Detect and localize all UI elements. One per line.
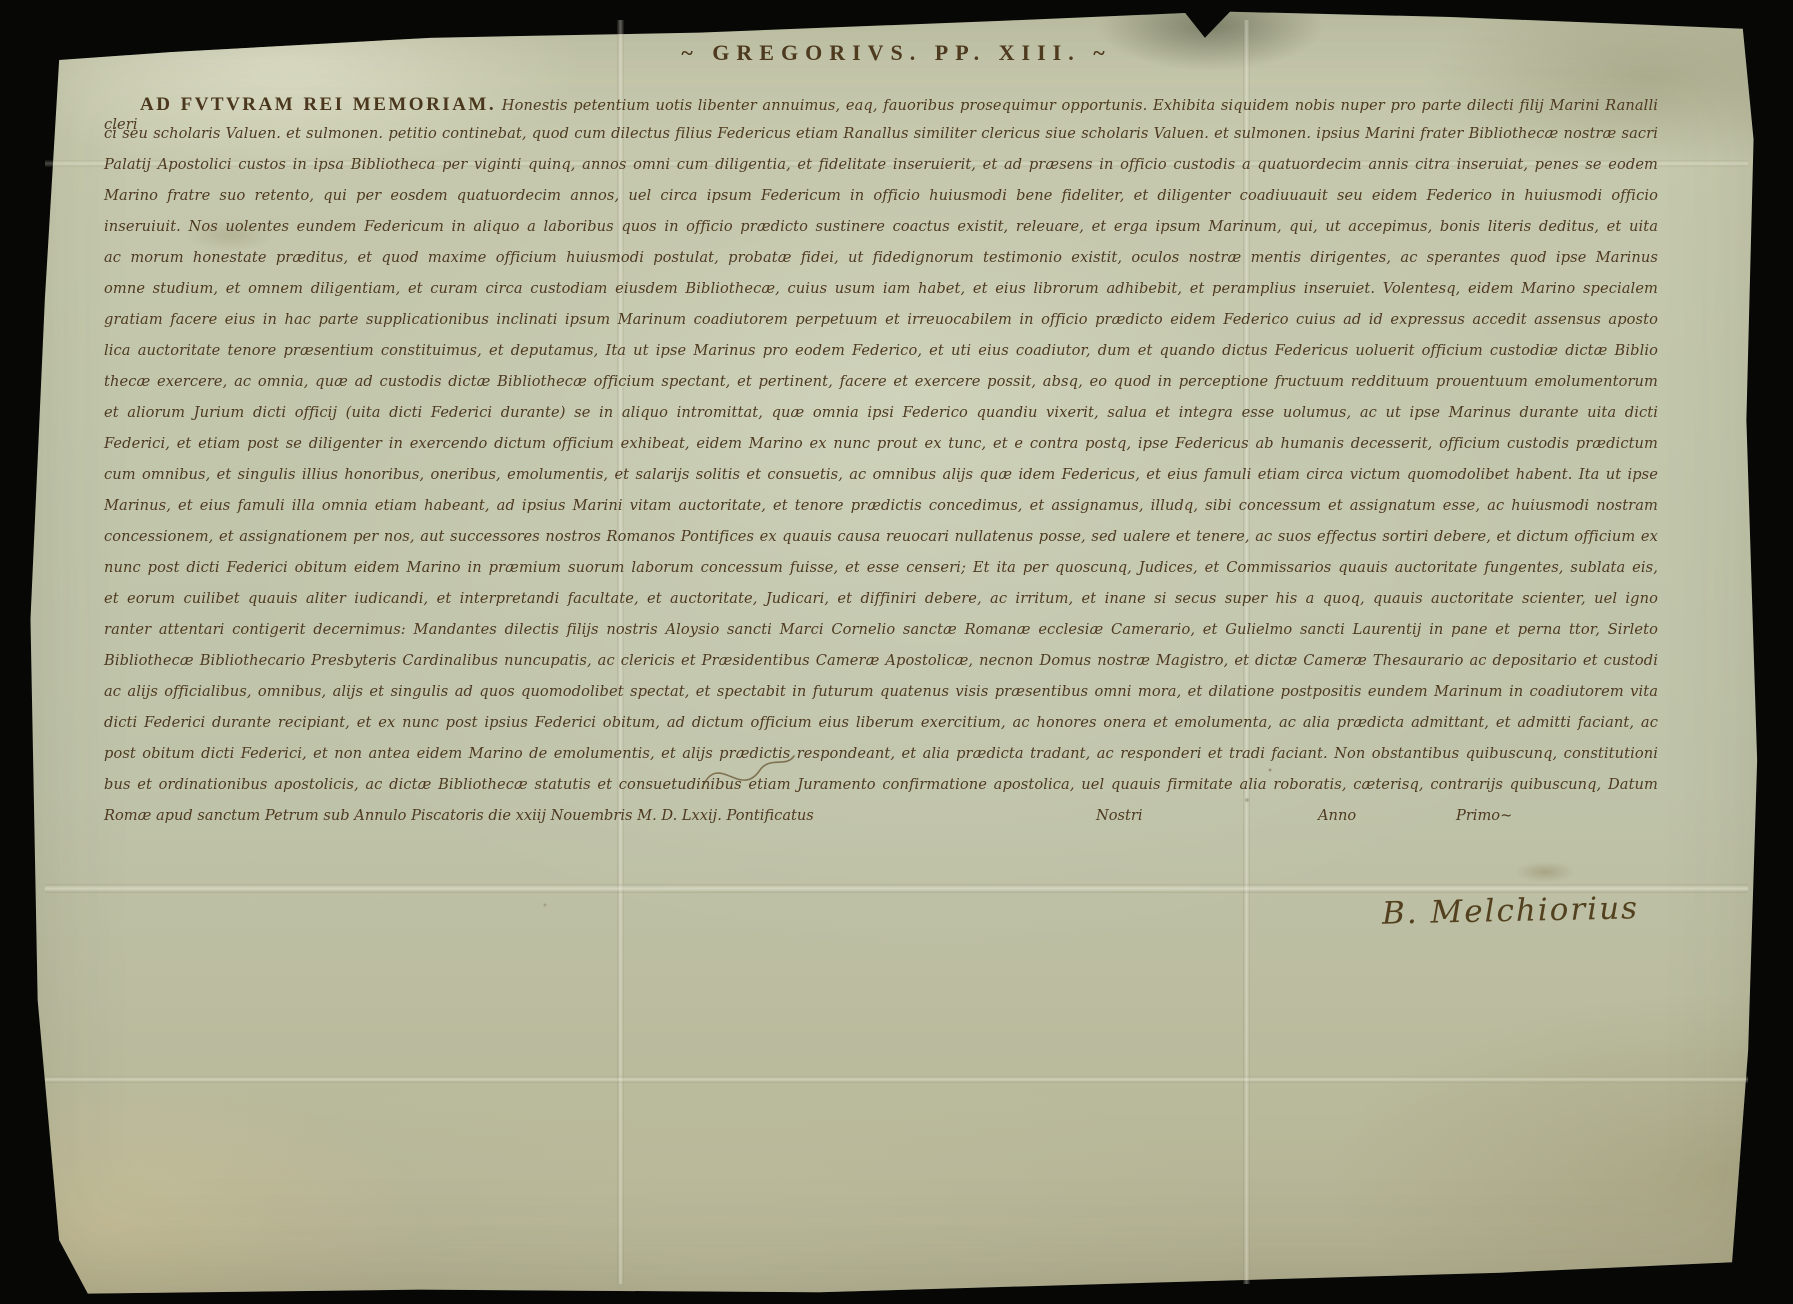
manuscript-line: post obitum dicti Federici, et non antea… — [104, 745, 1658, 776]
dateline-text: Romæ apud sanctum Petrum sub Annulo Pisc… — [104, 807, 814, 824]
manuscript-line: et eorum cuilibet quauis aliter iudicand… — [104, 590, 1658, 621]
manuscript-line: ac alijs officialibus, omnibus, alijs et… — [104, 683, 1658, 714]
manuscript-line: ranter attentari contigerit decernimus: … — [104, 621, 1658, 652]
manuscript-line: cum omnibus, et singulis illius honoribu… — [104, 466, 1658, 497]
dateline-primo: Primo~ — [1456, 807, 1512, 824]
manuscript-line: inseruiuit. Nos uolentes eundem Federicu… — [104, 218, 1658, 249]
photograph-backdrop: ~ GREGORIVS. PP. XIII. ~ AD FVTVRAM REI … — [0, 0, 1793, 1304]
manuscript-line: Federici, et etiam post se diligenter in… — [104, 435, 1658, 466]
manuscript-line: ci seu scholaris Valuen. et sulmonen. pe… — [104, 125, 1658, 156]
manuscript-line: lica auctoritate tenore præsentium const… — [104, 342, 1658, 373]
dateline-anno: Anno — [1318, 807, 1356, 824]
incipit-formula: AD FVTVRAM REI MEMORIAM. — [140, 94, 496, 115]
manuscript-line: concessionem, et assignationem per nos, … — [104, 528, 1658, 559]
manuscript-line: Marinus, et eius famuli illa omnia etiam… — [104, 497, 1658, 528]
secretary-signature: B. Melchiorius — [1382, 890, 1640, 931]
manuscript-line: bus et ordinationibus apostolicis, ac di… — [104, 776, 1658, 807]
brief-body-text: AD FVTVRAM REI MEMORIAM. Honestis petent… — [104, 94, 1658, 838]
dateline-nostri: Nostri — [1096, 807, 1143, 824]
manuscript-line: omne studium, et omnem diligentiam, et c… — [104, 280, 1658, 311]
manuscript-line: thecæ exercere, ac omnia, quæ ad custodi… — [104, 373, 1658, 404]
manuscript-line: Palatij Apostolici custos in ipsa Biblio… — [104, 156, 1658, 187]
manuscript-line: Marino fratre suo retento, qui per eosde… — [104, 187, 1658, 218]
pope-title-heading: ~ GREGORIVS. PP. XIII. ~ — [0, 40, 1793, 66]
manuscript-line: et aliorum Jurium dicti officij (uita di… — [104, 404, 1658, 435]
manuscript-line: AD FVTVRAM REI MEMORIAM. Honestis petent… — [104, 94, 1658, 125]
manuscript-line: dicti Federici durante recipiant, et ex … — [104, 714, 1658, 745]
manuscript-line: ac morum honestate præditus, et quod max… — [104, 249, 1658, 280]
manuscript-line: gratiam facere eius in hac parte supplic… — [104, 311, 1658, 342]
manuscript-line: nunc post dicti Federici obitum eidem Ma… — [104, 559, 1658, 590]
manuscript-line: Bibliothecæ Bibliothecario Presbyteris C… — [104, 652, 1658, 683]
dateline-row: Romæ apud sanctum Petrum sub Annulo Pisc… — [104, 807, 1658, 838]
